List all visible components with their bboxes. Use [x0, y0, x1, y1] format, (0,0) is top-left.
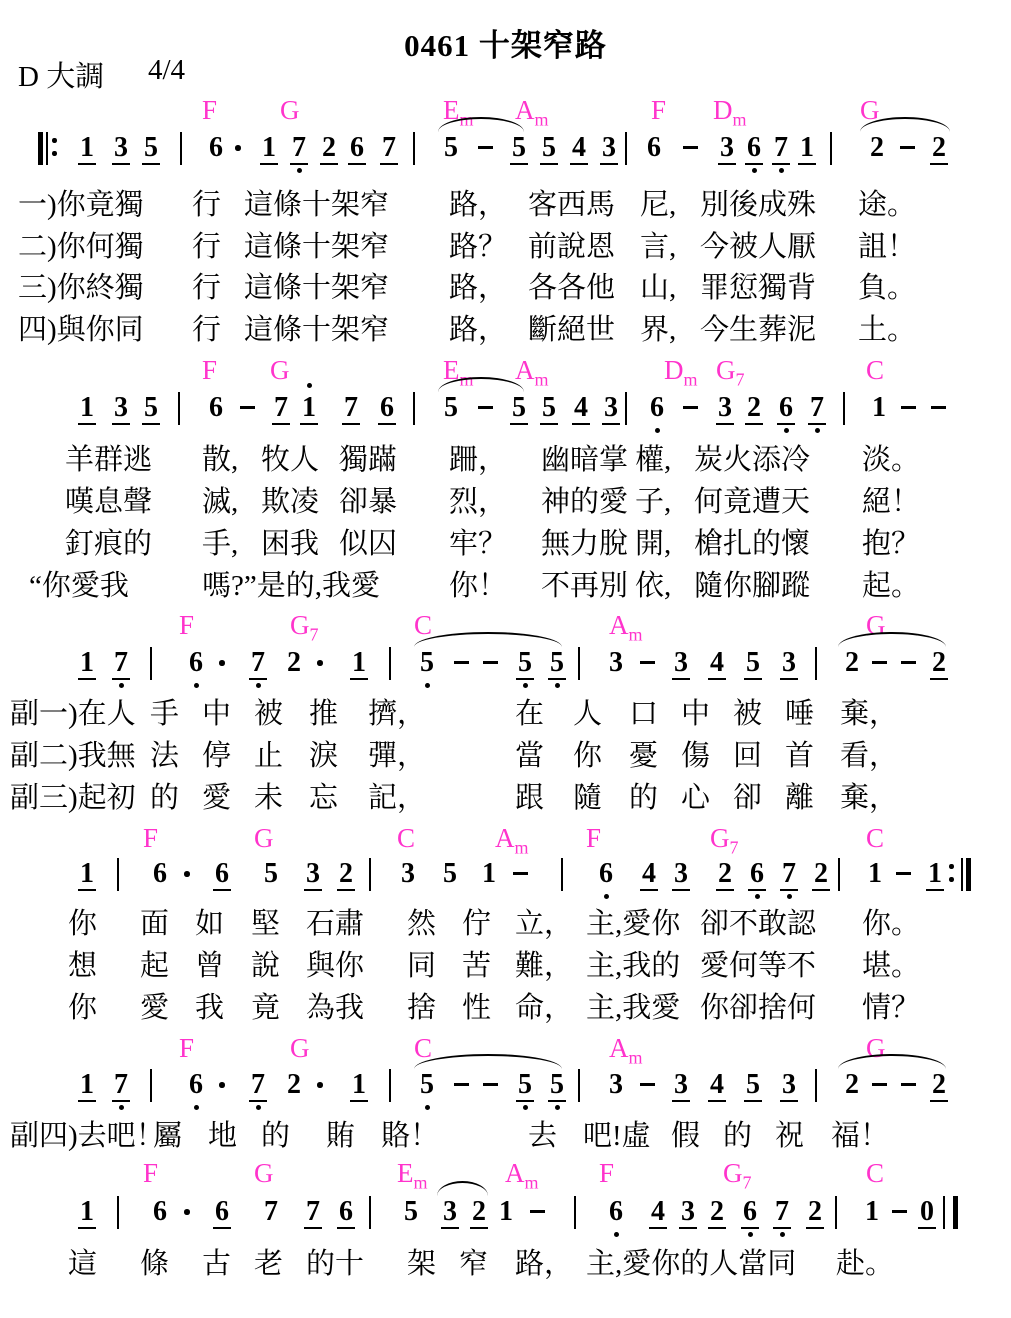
lyric-text: 幽暗掌: [541, 443, 628, 477]
note: 3: [777, 646, 801, 684]
lyric-text: 與你: [306, 949, 364, 983]
note: 2: [809, 857, 833, 895]
bar-line: [625, 392, 627, 425]
note: 5: [513, 1068, 537, 1106]
note: 1: [75, 857, 99, 895]
lyric-text: 依,: [635, 569, 671, 603]
note: 7: [109, 646, 133, 684]
lyric-text: 忘: [309, 781, 338, 815]
note: 7: [301, 1195, 325, 1233]
lyric-text: 客西馬: [528, 188, 615, 222]
lyric-text: 的十: [306, 1247, 364, 1281]
slur: [414, 632, 562, 647]
dash-rest: [513, 872, 528, 875]
lyric-text: 牢？: [449, 527, 507, 561]
note: 1: [795, 131, 819, 169]
lyric-text: 絕！: [862, 485, 920, 519]
lyric-text: 未: [254, 781, 283, 815]
lyric-text: 唾: [785, 697, 814, 731]
lyric-text: 隨你腳蹤: [694, 569, 810, 603]
lyric-text: 竟: [251, 991, 280, 1025]
note: 3: [676, 1195, 700, 1233]
lyric-text: 止: [254, 739, 283, 773]
note: 5: [545, 1068, 569, 1106]
lyric-text: 起。: [862, 569, 920, 603]
lyric-text: 嗎?”是的,我愛: [202, 569, 380, 603]
bar-line: [413, 132, 415, 165]
lyric-text: 負。: [858, 271, 916, 305]
note: 3: [669, 646, 693, 684]
lyric-text: 界,: [640, 313, 676, 347]
lyric-text: 槍扎的懷: [694, 527, 810, 561]
chord-label: Dm: [713, 95, 747, 126]
lyric-text: 如: [195, 907, 224, 941]
note: 1: [863, 857, 887, 895]
note: 1: [75, 646, 99, 684]
lyric-text: 行: [192, 230, 221, 264]
note: 6: [604, 1195, 628, 1233]
lyric-text: 淚: [309, 739, 338, 773]
note: 2: [927, 1068, 951, 1106]
lyric-text: 佇: [462, 907, 491, 941]
note: 5: [139, 391, 163, 429]
lyric-text: 停: [202, 739, 231, 773]
lyric-text: 開,: [635, 527, 671, 561]
note: 6: [594, 857, 618, 895]
chord-label: F: [143, 1158, 158, 1189]
lyric-text: 你卻捨何: [700, 991, 816, 1025]
note: 3: [438, 1195, 462, 1233]
note: 7: [269, 391, 293, 429]
note: 2: [317, 131, 341, 169]
note: 6: [148, 857, 172, 895]
note: 7: [109, 1068, 133, 1106]
bar-line: [117, 1196, 119, 1229]
dash-rest: [872, 661, 887, 664]
lyric-text: 為我: [306, 991, 364, 1025]
slur: [838, 632, 946, 647]
note: 0: [915, 1195, 939, 1233]
lyric-text: 詛！: [858, 230, 916, 264]
lyric-text: 卻不敢認: [700, 907, 816, 941]
note: 5: [545, 646, 569, 684]
repeat-end-bar: [948, 858, 971, 891]
note: 5: [537, 391, 561, 429]
note: 7: [339, 391, 363, 429]
note: 5: [513, 646, 537, 684]
lyric-text: 權,: [635, 443, 671, 477]
note: 1: [923, 857, 947, 895]
lyric-text: 傷: [681, 739, 710, 773]
lyric-text: 人: [573, 697, 602, 731]
dash-rest: [483, 1083, 498, 1086]
chord-label: G: [254, 1158, 274, 1189]
lyric-text: 心: [681, 781, 710, 815]
lyric-text: 法: [150, 739, 179, 773]
chord-label: F: [586, 823, 601, 854]
dash-rest: [901, 1083, 916, 1086]
note: 5: [507, 391, 531, 429]
lyric-text: 愛: [140, 991, 169, 1025]
lyric-text: 起: [140, 949, 169, 983]
dash-rest: [683, 146, 698, 149]
chord-label: Em: [397, 1158, 428, 1189]
note: 7: [259, 1195, 283, 1233]
note: 7: [287, 131, 311, 169]
note: 1: [867, 391, 891, 429]
lyric-text: 棄，: [840, 697, 898, 731]
duration-dot: [184, 1209, 190, 1215]
note: 3: [109, 131, 133, 169]
note: 3: [301, 857, 325, 895]
duration-dot: [235, 145, 241, 151]
note: 7: [777, 857, 801, 895]
lyric-text: 離: [785, 781, 814, 815]
lyric-text: 嘆息聲: [65, 485, 152, 519]
note: 3: [713, 391, 737, 429]
note: 6: [345, 131, 369, 169]
note: 5: [415, 646, 439, 684]
lyric-text: 祝: [775, 1119, 804, 1153]
note: 5: [537, 131, 561, 169]
note: 6: [210, 857, 234, 895]
lyric-text: 的: [150, 781, 179, 815]
lyric-text: 然: [407, 907, 436, 941]
chord-label: F: [179, 610, 194, 641]
lyric-text: 你。: [862, 907, 920, 941]
lyric-text: 立，: [515, 907, 573, 941]
lyric-text: 途。: [858, 188, 916, 222]
note: 6: [210, 1195, 234, 1233]
lyric-text: 你: [68, 991, 97, 1025]
note: 1: [75, 391, 99, 429]
lyric-text: 行: [192, 313, 221, 347]
note: 6: [148, 1195, 172, 1233]
note: 1: [860, 1195, 884, 1233]
lyric-text: 石肅: [306, 907, 364, 941]
note: 1: [347, 646, 371, 684]
lyric-text: 斷絕世: [528, 313, 615, 347]
lyric-text: 這條十架窄: [244, 271, 389, 305]
note: 3: [669, 1068, 693, 1106]
note: 2: [705, 1195, 729, 1233]
lyric-text: 老: [254, 1247, 283, 1281]
note: 5: [439, 391, 463, 429]
note: 5: [438, 857, 462, 895]
note: 4: [569, 391, 593, 429]
lyric-text: 釘痕的: [65, 527, 152, 561]
bar-line: [180, 132, 182, 165]
duration-dot: [219, 660, 225, 666]
lyric-text: 愛: [202, 781, 231, 815]
note: 5: [741, 646, 765, 684]
note: 2: [927, 131, 951, 169]
note: 1: [494, 1195, 518, 1233]
lyric-text: 烈，: [449, 485, 507, 519]
note: 2: [803, 1195, 827, 1233]
lyric-text: 路？: [449, 230, 507, 264]
lyric-text: 性: [462, 991, 491, 1025]
bar-line: [625, 132, 627, 165]
lyric-text: 去: [528, 1119, 557, 1153]
note: 2: [840, 646, 864, 684]
note: 3: [599, 391, 623, 429]
lyric-text: 卻: [733, 781, 762, 815]
chord-label: Am: [495, 823, 529, 854]
lyric-text: 困我: [261, 527, 319, 561]
note: 5: [507, 131, 531, 169]
bar-line: [389, 647, 391, 680]
note: 2: [840, 1068, 864, 1106]
chord-label: F: [599, 1158, 614, 1189]
lyric-text: 看，: [840, 739, 898, 773]
slur: [437, 1181, 488, 1196]
lyric-text: 想: [68, 949, 97, 983]
dash-rest: [872, 1083, 887, 1086]
lyric-text: “你愛我: [29, 569, 129, 603]
lyric-text: 炭火添冷: [694, 443, 810, 477]
dash-rest: [900, 146, 915, 149]
lyric-text: 跚，: [449, 443, 507, 477]
note: 6: [645, 391, 669, 429]
lyric-text: 滅,: [202, 485, 238, 519]
lyric-text: 愛何等不: [700, 949, 816, 983]
lyric-text: 赴。: [836, 1247, 894, 1281]
lyric-text: 副一)在人: [10, 697, 136, 731]
dash-rest: [901, 406, 916, 409]
note: 5: [741, 1068, 765, 1106]
lyric-text: 屬: [153, 1119, 182, 1153]
bar-line: [561, 858, 563, 891]
lyric-text: 主,我的: [586, 949, 680, 983]
bar-line: [150, 647, 152, 680]
note: 3: [715, 131, 739, 169]
bar-line: [815, 647, 817, 680]
note: 3: [604, 1068, 628, 1106]
lyric-text: 前說恩: [528, 230, 615, 264]
lyric-text: 捨: [407, 991, 436, 1025]
slur: [414, 1054, 562, 1069]
note: 3: [604, 646, 628, 684]
note: 1: [75, 1068, 99, 1106]
lyric-text: 抱？: [862, 527, 920, 561]
bar-line: [843, 392, 845, 425]
note: 3: [109, 391, 133, 429]
lyric-text: 副三)起初: [10, 781, 136, 815]
chord-label: F: [143, 823, 158, 854]
note: 2: [865, 131, 889, 169]
lyric-text: 條: [140, 1247, 169, 1281]
lyric-text: 當: [515, 739, 544, 773]
bar-line: [150, 1069, 152, 1102]
note: 7: [770, 1195, 794, 1233]
lyric-text: 淡。: [862, 443, 920, 477]
chord-label: Dm: [664, 355, 698, 386]
note: 7: [769, 131, 793, 169]
lyric-text: 獨蹣: [339, 443, 397, 477]
lyric-text: 我: [195, 991, 224, 1025]
lyric-text: 回: [733, 739, 762, 773]
lyric-text: 罪愆獨背: [700, 271, 816, 305]
dash-rest: [454, 661, 469, 664]
dash-rest: [896, 872, 911, 875]
lyric-text: 主,愛你: [586, 907, 680, 941]
repeat-begin-bar: [38, 132, 59, 165]
lyric-text: 行: [192, 271, 221, 305]
duration-dot: [317, 660, 323, 666]
lyric-text: 欺凌: [261, 485, 319, 519]
lyric-text: 羊群逃: [65, 443, 152, 477]
dash-rest: [683, 406, 698, 409]
note: 6: [184, 646, 208, 684]
bar-line: [578, 647, 580, 680]
lyric-text: 你: [68, 907, 97, 941]
lyric-text: 散,: [202, 443, 238, 477]
chord-label: G: [280, 95, 300, 126]
note: 1: [75, 1195, 99, 1233]
bar-line: [835, 1196, 837, 1229]
lyric-text: 棄，: [840, 781, 898, 815]
lyric-text: 卻暴: [339, 485, 397, 519]
duration-dot: [184, 871, 190, 877]
lyric-text: 副四)去吧！: [10, 1119, 165, 1153]
chord-label: F: [202, 95, 217, 126]
bar-line: [369, 1196, 371, 1229]
lyric-text: 路，: [449, 313, 507, 347]
lyric-text: 面: [140, 907, 169, 941]
chord-label: Am: [515, 95, 549, 126]
bar-line: [815, 1069, 817, 1102]
lyric-text: 子,: [635, 485, 671, 519]
lyric-text: 賂！: [381, 1119, 439, 1153]
lyric-text: 手,: [202, 527, 238, 561]
note: 7: [246, 646, 270, 684]
note: 1: [297, 391, 321, 429]
key-signature: D 大調: [18, 54, 104, 95]
lyric-text: 堅: [251, 907, 280, 941]
note: 2: [282, 646, 306, 684]
lyric-text: 假: [671, 1119, 700, 1153]
dash-rest: [240, 406, 255, 409]
lyric-text: 行: [192, 188, 221, 222]
note: 7: [246, 1068, 270, 1106]
note: 6: [745, 857, 769, 895]
note: 6: [204, 391, 228, 429]
lyric-text: 的: [261, 1119, 290, 1153]
chord-label: C: [866, 1158, 884, 1189]
note: 6: [742, 131, 766, 169]
note: 6: [334, 1195, 358, 1233]
lyric-text: 今被人厭: [700, 230, 816, 264]
note: 5: [259, 857, 283, 895]
chord-label: G7: [723, 1158, 752, 1189]
lyric-text: 今生葬泥: [700, 313, 816, 347]
lyric-text: 山,: [640, 271, 676, 305]
sheet-music-page: 0461 十架窄路 D 大調 4/4 FGEmAmFDmG13561726755…: [0, 0, 1011, 1318]
lyric-text: 被: [254, 697, 283, 731]
lyric-text: 你: [573, 739, 602, 773]
note: 1: [347, 1068, 371, 1106]
dash-rest: [478, 406, 493, 409]
lyric-text: 福！: [831, 1119, 889, 1153]
dash-rest: [454, 1083, 469, 1086]
lyric-text: 言,: [640, 230, 676, 264]
bar-line: [578, 1069, 580, 1102]
lyric-text: 的: [629, 781, 658, 815]
duration-dot: [219, 1082, 225, 1088]
note: 4: [646, 1195, 670, 1233]
dash-rest: [931, 406, 946, 409]
lyric-text: 苦: [462, 949, 491, 983]
note: 3: [777, 1068, 801, 1106]
lyric-text: 這條十架窄: [244, 313, 389, 347]
note: 2: [742, 391, 766, 429]
lyric-text: 中: [202, 697, 231, 731]
note: 1: [75, 131, 99, 169]
lyric-text: 這條十架窄: [244, 230, 389, 264]
bar-line: [574, 1196, 576, 1229]
note: 4: [567, 131, 591, 169]
note: 6: [204, 131, 228, 169]
bar-line: [117, 858, 119, 891]
chord-label: Am: [515, 355, 549, 386]
chord-label: Am: [609, 610, 643, 641]
note: 4: [705, 646, 729, 684]
dash-rest: [640, 1083, 655, 1086]
chord-label: G7: [716, 355, 745, 386]
lyric-text: 路，: [449, 188, 507, 222]
dash-rest: [530, 1210, 545, 1213]
chord-label: G: [290, 1033, 310, 1064]
note: 1: [257, 131, 281, 169]
bar-line: [178, 392, 180, 425]
note: 5: [415, 1068, 439, 1106]
lyric-text: 各各他: [528, 271, 615, 305]
lyric-text: 中: [681, 697, 710, 731]
note: 2: [713, 857, 737, 895]
lyric-text: 似囚: [339, 527, 397, 561]
bar-line: [413, 392, 415, 425]
note: 6: [184, 1068, 208, 1106]
bar-line: [369, 858, 371, 891]
lyric-text: 首: [785, 739, 814, 773]
lyric-text: 別後成殊: [700, 188, 816, 222]
duration-dot: [317, 1082, 323, 1088]
bar-line: [838, 858, 840, 891]
lyric-text: 一)你竟獨: [18, 188, 144, 222]
chord-label: G7: [710, 823, 739, 854]
note: 6: [642, 131, 666, 169]
chord-label: F: [179, 1033, 194, 1064]
lyric-text: 這條十架窄: [244, 188, 389, 222]
lyric-text: 命，: [515, 991, 573, 1025]
note: 6: [738, 1195, 762, 1233]
lyric-text: 彈，: [368, 739, 426, 773]
lyric-text: 賄: [326, 1119, 355, 1153]
note: 5: [399, 1195, 423, 1233]
lyric-text: 三)你終獨: [18, 271, 144, 305]
lyric-text: 情？: [862, 991, 920, 1025]
note: 6: [375, 391, 399, 429]
lyric-text: 難，: [515, 949, 573, 983]
chord-label: Am: [505, 1158, 539, 1189]
note: 3: [669, 857, 693, 895]
bar-line: [389, 1069, 391, 1102]
dash-rest: [640, 661, 655, 664]
final-bar: [943, 1196, 958, 1229]
lyric-text: 土。: [858, 313, 916, 347]
lyric-text: 記，: [368, 781, 426, 815]
